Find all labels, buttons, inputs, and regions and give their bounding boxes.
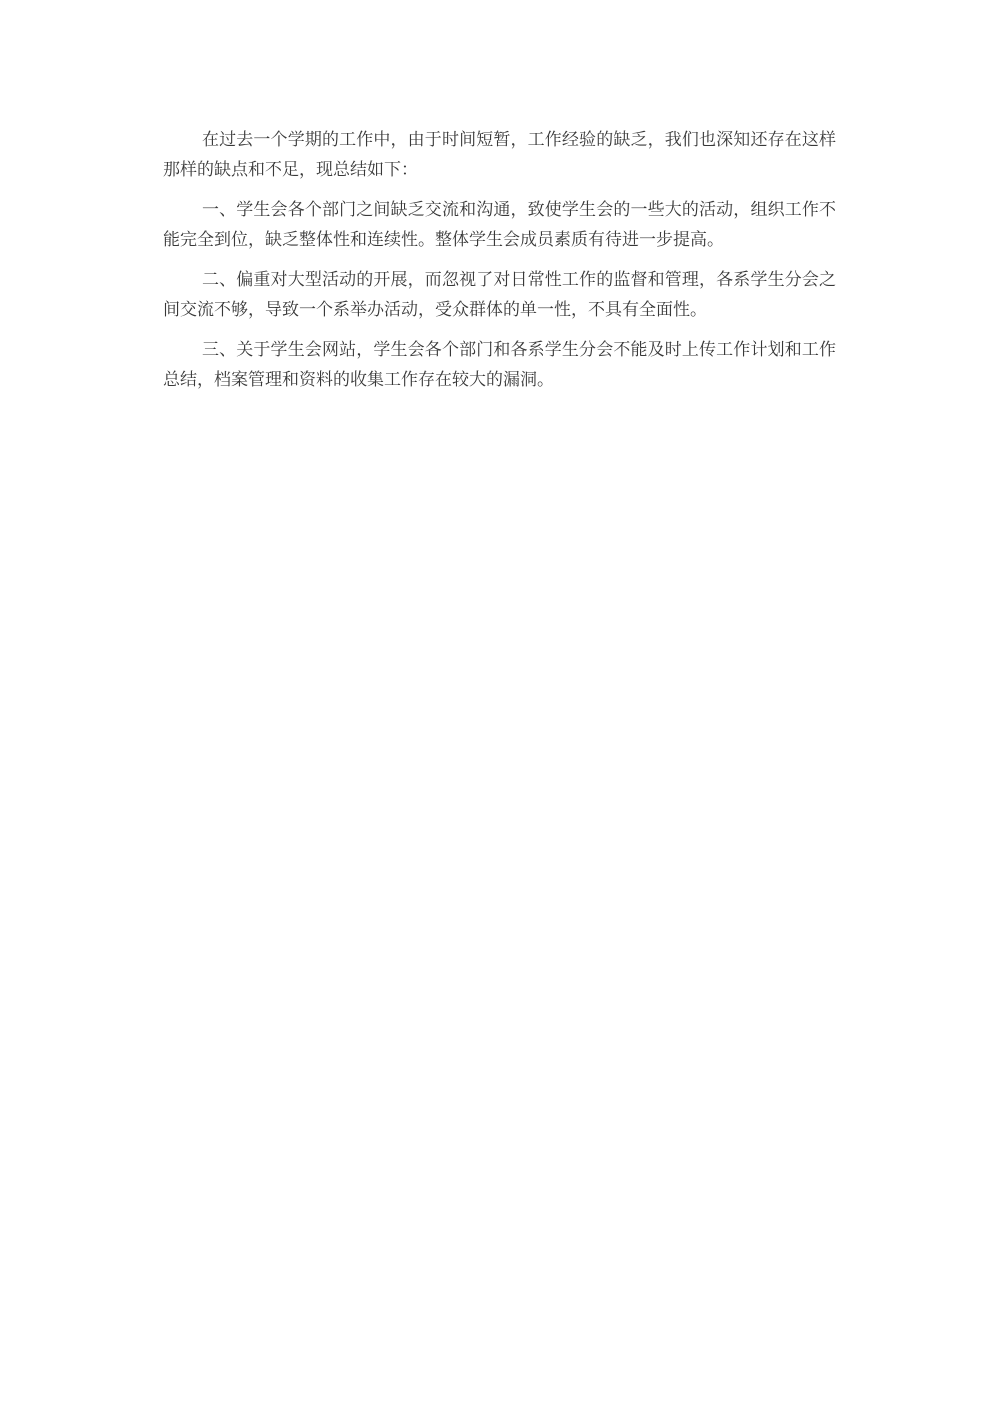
- document-content: 在过去一个学期的工作中，由于时间短暂，工作经验的缺乏，我们也深知还存在这样那样的…: [163, 125, 836, 405]
- document-page: 在过去一个学期的工作中，由于时间短暂，工作经验的缺乏，我们也深知还存在这样那样的…: [0, 0, 1000, 1415]
- paragraph-point-2: 二、偏重对大型活动的开展，而忽视了对日常性工作的监督和管理，各系学生分会之间交流…: [163, 265, 836, 325]
- paragraph-point-1: 一、学生会各个部门之间缺乏交流和沟通，致使学生会的一些大的活动，组织工作不能完全…: [163, 195, 836, 255]
- paragraph-point-3: 三、关于学生会网站，学生会各个部门和各系学生分会不能及时上传工作计划和工作总结，…: [163, 335, 836, 395]
- paragraph-intro: 在过去一个学期的工作中，由于时间短暂，工作经验的缺乏，我们也深知还存在这样那样的…: [163, 125, 836, 185]
